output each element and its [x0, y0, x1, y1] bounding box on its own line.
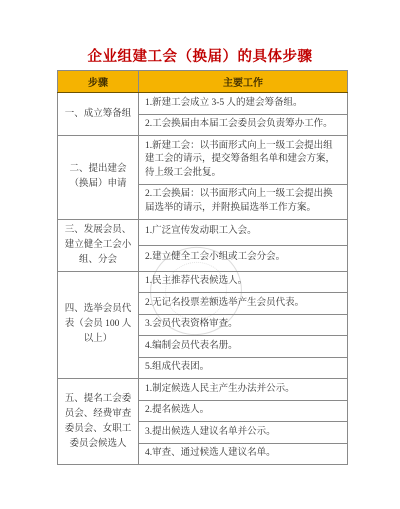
col-header-work: 主要工作	[139, 71, 348, 93]
work-item-cell: 1.民主推荐代表候选人。	[139, 271, 348, 293]
work-item-cell: 1.新建工会：以书面形式向上一级工会提出组建工会的请示，提交筹备组名单和建会方案…	[139, 136, 348, 185]
work-item-cell: 1.制定候选人民主产生办法并公示。	[139, 379, 348, 401]
steps-table-container: 步骤 主要工作 一、成立筹备组 1.新建工会成立 3-5 人的建会筹备组。 2.…	[57, 70, 348, 465]
work-item-cell: 3.会员代表资格审查。	[139, 314, 348, 336]
work-item-cell: 2.提名候选人。	[139, 400, 348, 422]
step-cell-4: 四、选举会员代表（会员 100 人以上）	[58, 271, 139, 379]
page-title: 企业组建工会（换届）的具体步骤	[0, 45, 400, 66]
work-item-cell: 2.建立健全工会小组或工会分会。	[139, 245, 348, 271]
work-item-cell: 2.工会换届：以书面形式向上一级工会提出换届选举的请示，并附换届选举工作方案。	[139, 184, 348, 219]
work-item-cell: 5.组成代表团。	[139, 357, 348, 379]
step-cell-3: 三、发展会员、建立健全工会小组、分会	[58, 219, 139, 271]
step-cell-5: 五、提名工会委员会、经费审查委员会、女职工委员会候选人	[58, 379, 139, 465]
work-item-cell: 1.广泛宣传发动职工入会。	[139, 219, 348, 245]
table-row: 一、成立筹备组 1.新建工会成立 3-5 人的建会筹备组。	[58, 93, 348, 115]
step-cell-1: 一、成立筹备组	[58, 93, 139, 136]
table-row: 五、提名工会委员会、经费审查委员会、女职工委员会候选人 1.制定候选人民主产生办…	[58, 379, 348, 401]
col-header-step: 步骤	[58, 71, 139, 93]
table-row: 二、提出建会（换届）申请 1.新建工会：以书面形式向上一级工会提出组建工会的请示…	[58, 136, 348, 185]
table-row: 四、选举会员代表（会员 100 人以上） 1.民主推荐代表候选人。	[58, 271, 348, 293]
step-cell-2: 二、提出建会（换届）申请	[58, 136, 139, 220]
header-row: 步骤 主要工作	[58, 71, 348, 93]
steps-table: 步骤 主要工作 一、成立筹备组 1.新建工会成立 3-5 人的建会筹备组。 2.…	[57, 70, 348, 465]
work-item-cell: 3.提出候选人建议名单并公示。	[139, 422, 348, 444]
table-row: 三、发展会员、建立健全工会小组、分会 1.广泛宣传发动职工入会。	[58, 219, 348, 245]
work-item-cell: 2.无记名投票差额选举产生会员代表。	[139, 293, 348, 315]
work-item-cell: 4.编制会员代表名册。	[139, 336, 348, 358]
work-item-cell: 1.新建工会成立 3-5 人的建会筹备组。	[139, 93, 348, 115]
work-item-cell: 4.审查、通过候选人建议名单。	[139, 443, 348, 465]
document-page: 企业组建工会（换届）的具体步骤 步骤 主要工作 一、成立筹备组 1.新建工会成立…	[0, 0, 400, 509]
work-item-cell: 2.工会换届由本届工会委员会负责筹办工作。	[139, 114, 348, 136]
